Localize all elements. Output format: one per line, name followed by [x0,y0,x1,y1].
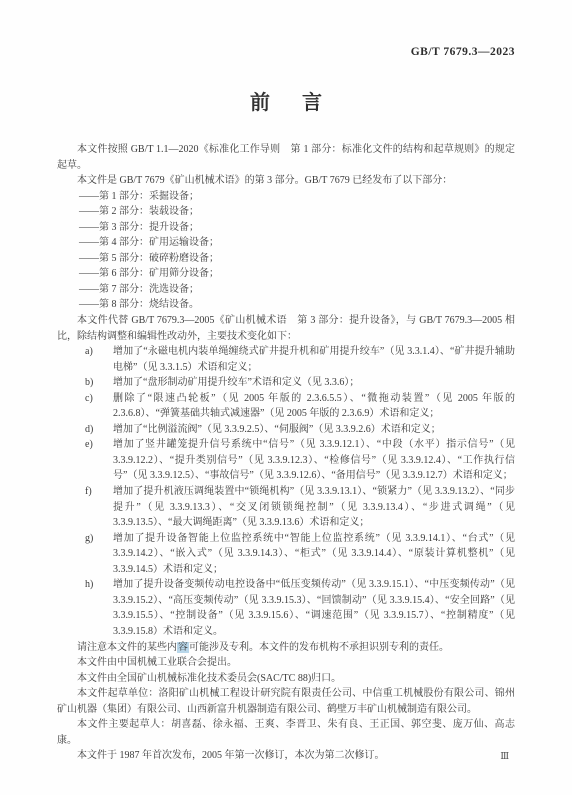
revision-history-paragraph: 本文件于 1987 年首次发布，2005 年第一次修订，本次为第二次修订。 [57,748,515,764]
drafting-basis-paragraph: 本文件按照 GB/T 1.1—2020《标准化工作导则 第 1 部分：标准化文件… [57,142,515,173]
change-item-c: c)删除了“限速凸轮板”（见 2005 年版的 2.3.6.5.5）、“微拖动装… [57,391,515,422]
item-label: c) [85,391,113,422]
part-item-2: ——第 2 部分：装载设备； [57,204,515,220]
item-label: g) [85,531,113,578]
part-item-1: ——第 1 部分：采掘设备； [57,189,515,205]
item-text: 增加了提升机液压调绳装置中“锁绳机构”（见 3.3.9.13.1）、“锁紧力”（… [113,484,515,531]
drafting-units-paragraph: 本文件起草单位：洛阳矿山机械工程设计研究院有限责任公司、中信重工机械股份有限公司… [57,686,515,717]
change-item-g: g)增加了提升设备智能上位监控系统中“智能上位监控系统”（见 3.3.9.14.… [57,531,515,578]
item-label: h) [85,577,113,639]
page-title: 前言 [0,86,572,115]
part-item-3: ——第 3 部分：提升设备； [57,220,515,236]
part-item-4: ——第 4 部分：矿用运输设备； [57,235,515,251]
highlighted-text: 容 [177,642,189,653]
centralized-by-paragraph: 本文件由全国矿山机械标准化技术委员会(SAC/TC 88)归口。 [57,671,515,687]
part-item-8: ——第 8 部分：烧结设备。 [57,297,515,313]
part-item-6: ——第 6 部分：矿用筛分设备； [57,266,515,282]
standard-number: GB/T 7679.3—2023 [411,46,515,58]
change-item-h: h)增加了提升设备变频传动电控设备中“低压变频传动”（见 3.3.9.15.1）… [57,577,515,639]
item-text: 增加了“盘形制动矿用提升绞车”术语和定义（见 3.3.6）； [113,375,515,391]
drafters-paragraph: 本文件主要起草人：胡喜磊、徐永福、王爽、李晋卫、朱有良、王正国、郭空斐、庞万仙、… [57,717,515,748]
item-label: b) [85,375,113,391]
document-page: GB/T 7679.3—2023 前言 本文件按照 GB/T 1.1—2020《… [0,0,572,795]
replacement-paragraph: 本文件代替 GB/T 7679.3—2005《矿山机械术语 第 3 部分：提升设… [57,313,515,344]
change-item-e: e)增加了竖井罐笼提升信号系统中“信号”（见 3.3.9.12.1）、“中段（水… [57,437,515,484]
item-label: a) [85,344,113,375]
item-label: e) [85,437,113,484]
document-body: 本文件按照 GB/T 1.1—2020《标准化工作导则 第 1 部分：标准化文件… [57,142,515,764]
part-item-7: ——第 7 部分：洗选设备； [57,282,515,298]
item-label: f) [85,484,113,531]
item-text: 增加了提升设备智能上位监控系统中“智能上位监控系统”（见 3.3.9.14.1）… [113,531,515,578]
part-item-5: ——第 5 部分：破碎粉磨设备； [57,251,515,267]
page-number: Ⅲ [500,751,510,762]
item-text: 增加了提升设备变频传动电控设备中“低压变频传动”（见 3.3.9.15.1）、“… [113,577,515,639]
series-intro-paragraph: 本文件是 GB/T 7679《矿山机械术语》的第 3 部分。GB/T 7679 … [57,173,515,189]
patent-notice-paragraph: 请注意本文件的某些内容可能涉及专利。本文件的发布机构不承担识别专利的责任。 [57,640,515,656]
item-text: 增加了“比例溢流阀”（见 3.3.9.2.5）、“伺服阀”（见 3.3.9.2.… [113,422,515,438]
item-text: 删除了“限速凸轮板”（见 2005 年版的 2.3.6.5.5）、“微拖动装置”… [113,391,515,422]
change-item-f: f)增加了提升机液压调绳装置中“锁绳机构”（见 3.3.9.13.1）、“锁紧力… [57,484,515,531]
change-item-a: a)增加了“永磁电机内装单绳缠绕式矿井提升机和矿用提升绞车”（见 3.3.1.4… [57,344,515,375]
change-item-d: d)增加了“比例溢流阀”（见 3.3.9.2.5）、“伺服阀”（见 3.3.9.… [57,422,515,438]
item-text: 增加了“永磁电机内装单绳缠绕式矿井提升机和矿用提升绞车”（见 3.3.1.4）、… [113,344,515,375]
page-title-text: 前言 [250,92,354,114]
proposed-by-paragraph: 本文件由中国机械工业联合会提出。 [57,655,515,671]
item-text: 增加了竖井罐笼提升信号系统中“信号”（见 3.3.9.12.1）、“中段（水平）… [113,437,515,484]
item-label: d) [85,422,113,438]
change-item-b: b)增加了“盘形制动矿用提升绞车”术语和定义（见 3.3.6）； [57,375,515,391]
